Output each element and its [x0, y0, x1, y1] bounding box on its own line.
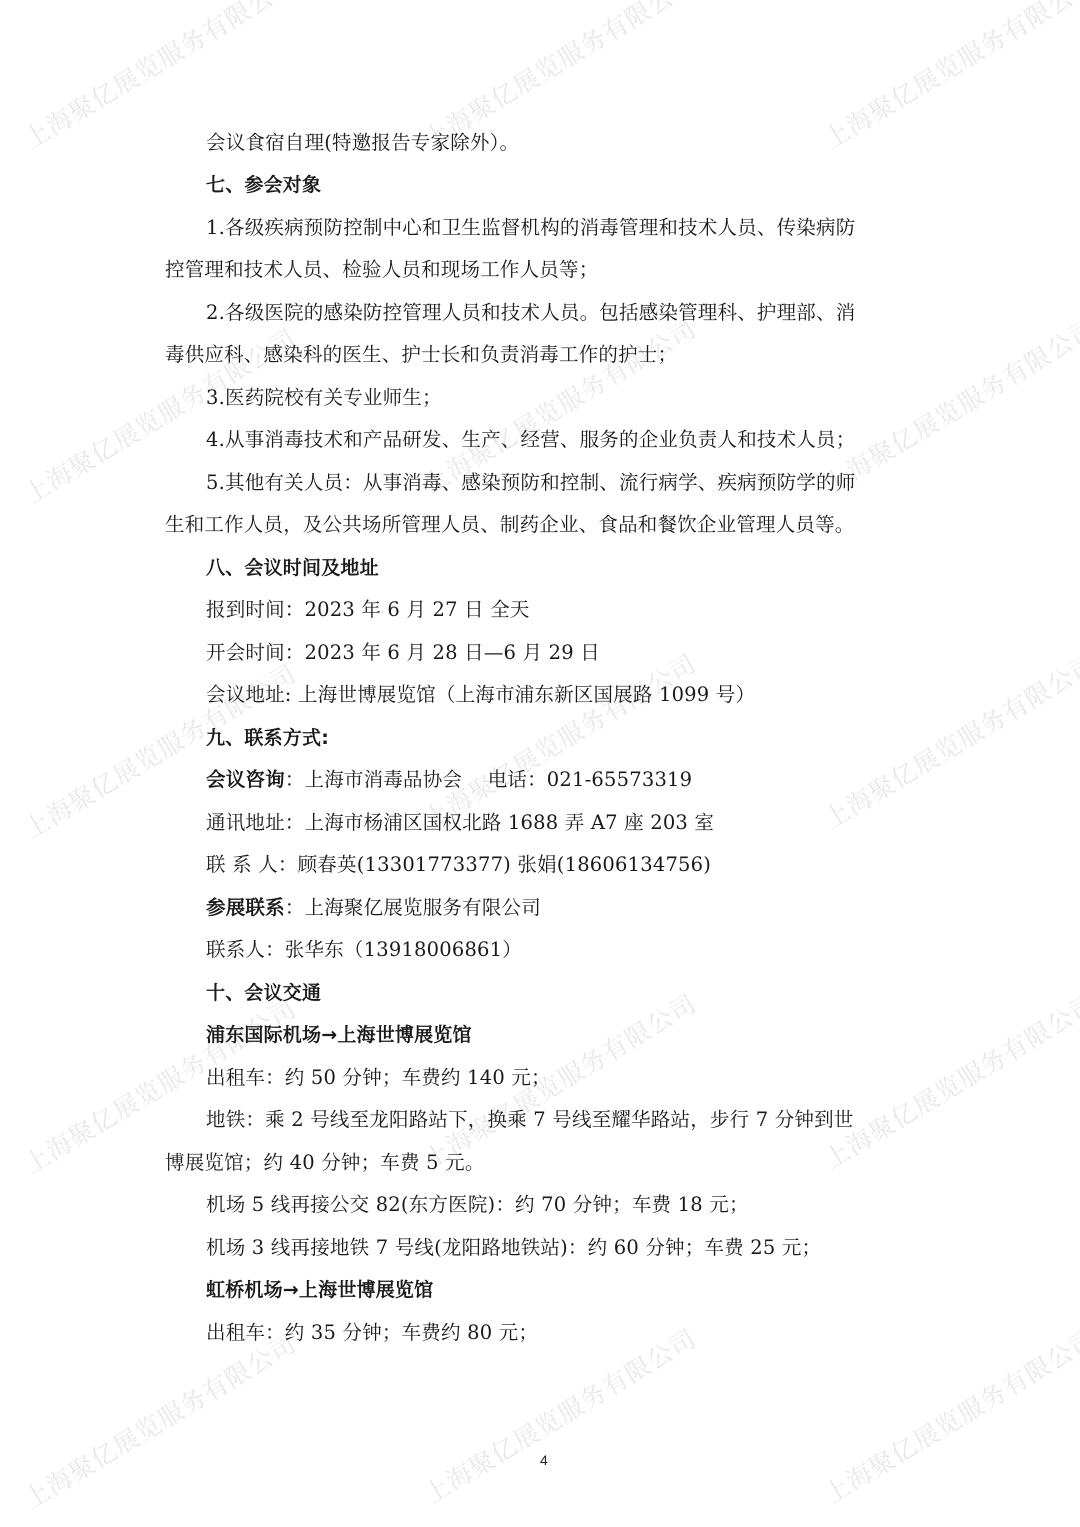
attendee-item-4: 4.从事消毒技术和产品研发、生产、经营、服务的企业负责人和技术人员；: [206, 427, 855, 453]
route-pudong-bus5: 机场 5 线再接公交 82(东方医院)：约 70 分钟；车费 18 元；: [206, 1192, 749, 1218]
route-pudong-metro-line1: 地铁：乘 2 号线至龙阳路站下，换乘 7 号线至耀华路站，步行 7 分钟到世: [206, 1107, 854, 1133]
section-heading-transport: 十、会议交通: [206, 980, 321, 1006]
route-pudong-bus3: 机场 3 线再接地铁 7 号线(龙阳路地铁站)：约 60 分钟；车费 25 元；: [206, 1235, 821, 1261]
attendee-item-5-line2: 生和工作人员，及公共场所管理人员、制药企业、食品和餐饮企业管理人员等。: [165, 512, 855, 538]
contact-persons: 联 系 人：顾春英(13301773377) 张娟(18606134756): [206, 852, 711, 878]
exhibit-contact: 联系人：张华东（13918006861）: [206, 937, 522, 963]
attendee-item-2-line2: 毒供应科、感染科的医生、护士长和负责消毒工作的护士；: [165, 342, 677, 368]
attendee-item-2-line1: 2.各级医院的感染防控管理人员和技术人员。包括感染管理科、护理部、消: [206, 300, 855, 326]
consult-value: ：上海市消毒品协会 电话：021-65573319: [285, 768, 692, 791]
route-pudong-metro-line2: 博展览馆；约 40 分钟；车费 5 元。: [165, 1150, 485, 1176]
exhibit-label: 参展联系: [206, 896, 285, 919]
section-heading-contact: 九、联系方式:: [206, 725, 329, 751]
attendee-item-3: 3.医药院校有关专业师生；: [206, 385, 442, 411]
meeting-time: 开会时间：2023 年 6 月 28 日—6 月 29 日: [206, 640, 600, 666]
watermark: 上海聚亿展览服务有限公司: [816, 0, 1080, 156]
watermark: 上海聚亿展览服务有限公司: [16, 1324, 302, 1516]
exhibit-line: 参展联系：上海聚亿展览服务有限公司: [206, 895, 541, 921]
watermark: 上海聚亿展览服务有限公司: [416, 1319, 702, 1511]
consult-line: 会议咨询：上海市消毒品协会 电话：021-65573319: [206, 767, 692, 793]
watermark: 上海聚亿展览服务有限公司: [816, 309, 1080, 501]
intro-line: 会议食宿自理(特邀报告专家除外）。: [206, 130, 519, 156]
watermark: 上海聚亿展览服务有限公司: [416, 644, 702, 836]
route-hongqiao-taxi: 出租车：约 35 分钟；车费约 80 元；: [206, 1320, 538, 1346]
consult-label: 会议咨询: [206, 768, 285, 791]
document-page: 上海聚亿展览服务有限公司 上海聚亿展览服务有限公司 上海聚亿展览服务有限公司 上…: [0, 0, 1080, 1527]
section-heading-attendees: 七、参会对象: [206, 172, 321, 198]
watermark: 上海聚亿展览服务有限公司: [816, 984, 1080, 1176]
exhibit-value: ：上海聚亿展览服务有限公司: [285, 896, 541, 919]
attendee-item-5-line1: 5.其他有关人员：从事消毒、感染预防和控制、流行病学、疾病预防学的师: [206, 470, 855, 496]
meeting-address: 会议地址: 上海世博展览馆（上海市浦东新区国展路 1099 号）: [206, 682, 755, 708]
watermark: 上海聚亿展览服务有限公司: [816, 644, 1080, 836]
section-heading-time-place: 八、会议时间及地址: [206, 555, 379, 581]
route-pudong-title: 浦东国际机场→上海世博展览馆: [206, 1022, 472, 1048]
registration-time: 报到时间：2023 年 6 月 27 日 全天: [206, 597, 530, 623]
route-pudong-taxi: 出租车：约 50 分钟；车费约 140 元；: [206, 1065, 551, 1091]
attendee-item-1-line1: 1.各级疾病预防控制中心和卫生监督机构的消毒管理和技术人员、传染病防: [206, 215, 855, 241]
route-hongqiao-title: 虹桥机场→上海世博展览馆: [206, 1277, 433, 1303]
mail-address: 通讯地址：上海市杨浦区国权北路 1688 弄 A7 座 203 室: [206, 810, 714, 836]
attendee-item-1-line2: 控管理和技术人员、检验人员和现场工作人员等；: [165, 257, 598, 283]
watermark: 上海聚亿展览服务有限公司: [816, 1319, 1080, 1511]
page-number: 4: [540, 1452, 548, 1468]
